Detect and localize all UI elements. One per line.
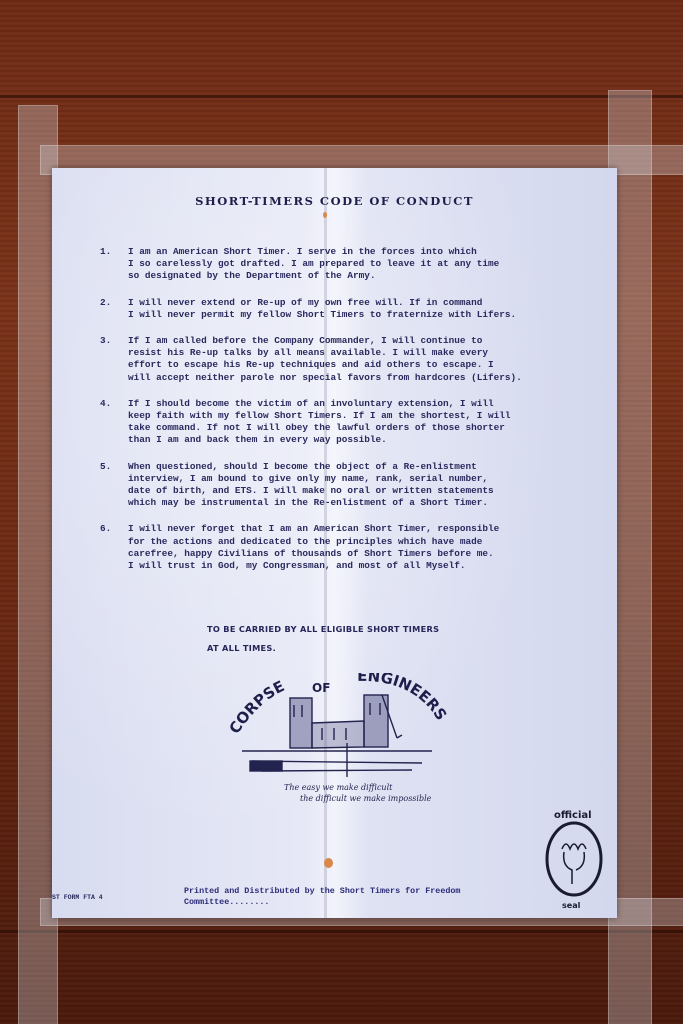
- article-text: If I should become the victim of an invo…: [128, 398, 570, 447]
- article-number: 2.: [100, 297, 128, 321]
- carry-notice: TO BE CARRIED BY ALL ELIGIBLE SHORT TIME…: [207, 620, 439, 658]
- wood-seam: [0, 930, 683, 933]
- document-title: SHORT-TIMERS CODE OF CONDUCT: [52, 194, 617, 208]
- article-item: 5. When questioned, should I become the …: [100, 461, 570, 510]
- wood-seam: [0, 95, 683, 98]
- code-of-conduct-sheet: SHORT-TIMERS CODE OF CONDUCT 1. I am an …: [52, 168, 617, 918]
- article-text: When questioned, should I become the obj…: [128, 461, 570, 510]
- stain-mark: [324, 858, 333, 868]
- emblem-arc-left-text: CORPSE: [225, 677, 287, 737]
- article-item: 3. If I am called before the Company Com…: [100, 335, 570, 384]
- article-number: 1.: [100, 246, 128, 283]
- article-number: 3.: [100, 335, 128, 384]
- article-text: If I am called before the Company Comman…: [128, 335, 570, 384]
- corps-emblem-illustration: CORPSE OF ENGINEERS The easy we make dif…: [222, 673, 452, 823]
- stain-mark: [323, 212, 327, 218]
- official-seal-icon: official seal: [540, 804, 610, 914]
- article-number: 6.: [100, 523, 128, 572]
- seal-bottom-text: seal: [562, 901, 581, 910]
- emblem-motto-line2: the difficult we make impossible: [300, 794, 432, 803]
- article-text: I will never extend or Re-up of my own f…: [128, 297, 570, 321]
- article-item: 6. I will never forget that I am an Amer…: [100, 523, 570, 572]
- form-number: ST FORM FTA 4: [52, 894, 103, 901]
- seal-top-text: official: [554, 810, 592, 821]
- carry-notice-line: TO BE CARRIED BY ALL ELIGIBLE SHORT TIME…: [207, 620, 439, 639]
- article-number: 5.: [100, 461, 128, 510]
- article-item: 1. I am an American Short Timer. I serve…: [100, 246, 570, 283]
- emblem-motto-line1: The easy we make difficult: [284, 783, 393, 792]
- article-item: 4. If I should become the victim of an i…: [100, 398, 570, 447]
- ruined-building-icon: [242, 695, 432, 777]
- emblem-arc-left: CORPSE: [225, 677, 287, 737]
- article-text: I am an American Short Timer. I serve in…: [128, 246, 570, 283]
- articles-list: 1. I am an American Short Timer. I serve…: [100, 246, 570, 586]
- printed-by-credit: Printed and Distributed by the Short Tim…: [184, 886, 544, 907]
- emblem-arc-mid: OF: [312, 681, 330, 695]
- article-item: 2. I will never extend or Re-up of my ow…: [100, 297, 570, 321]
- carry-notice-line: AT ALL TIMES.: [207, 639, 439, 658]
- article-number: 4.: [100, 398, 128, 447]
- article-text: I will never forget that I am an America…: [128, 523, 570, 572]
